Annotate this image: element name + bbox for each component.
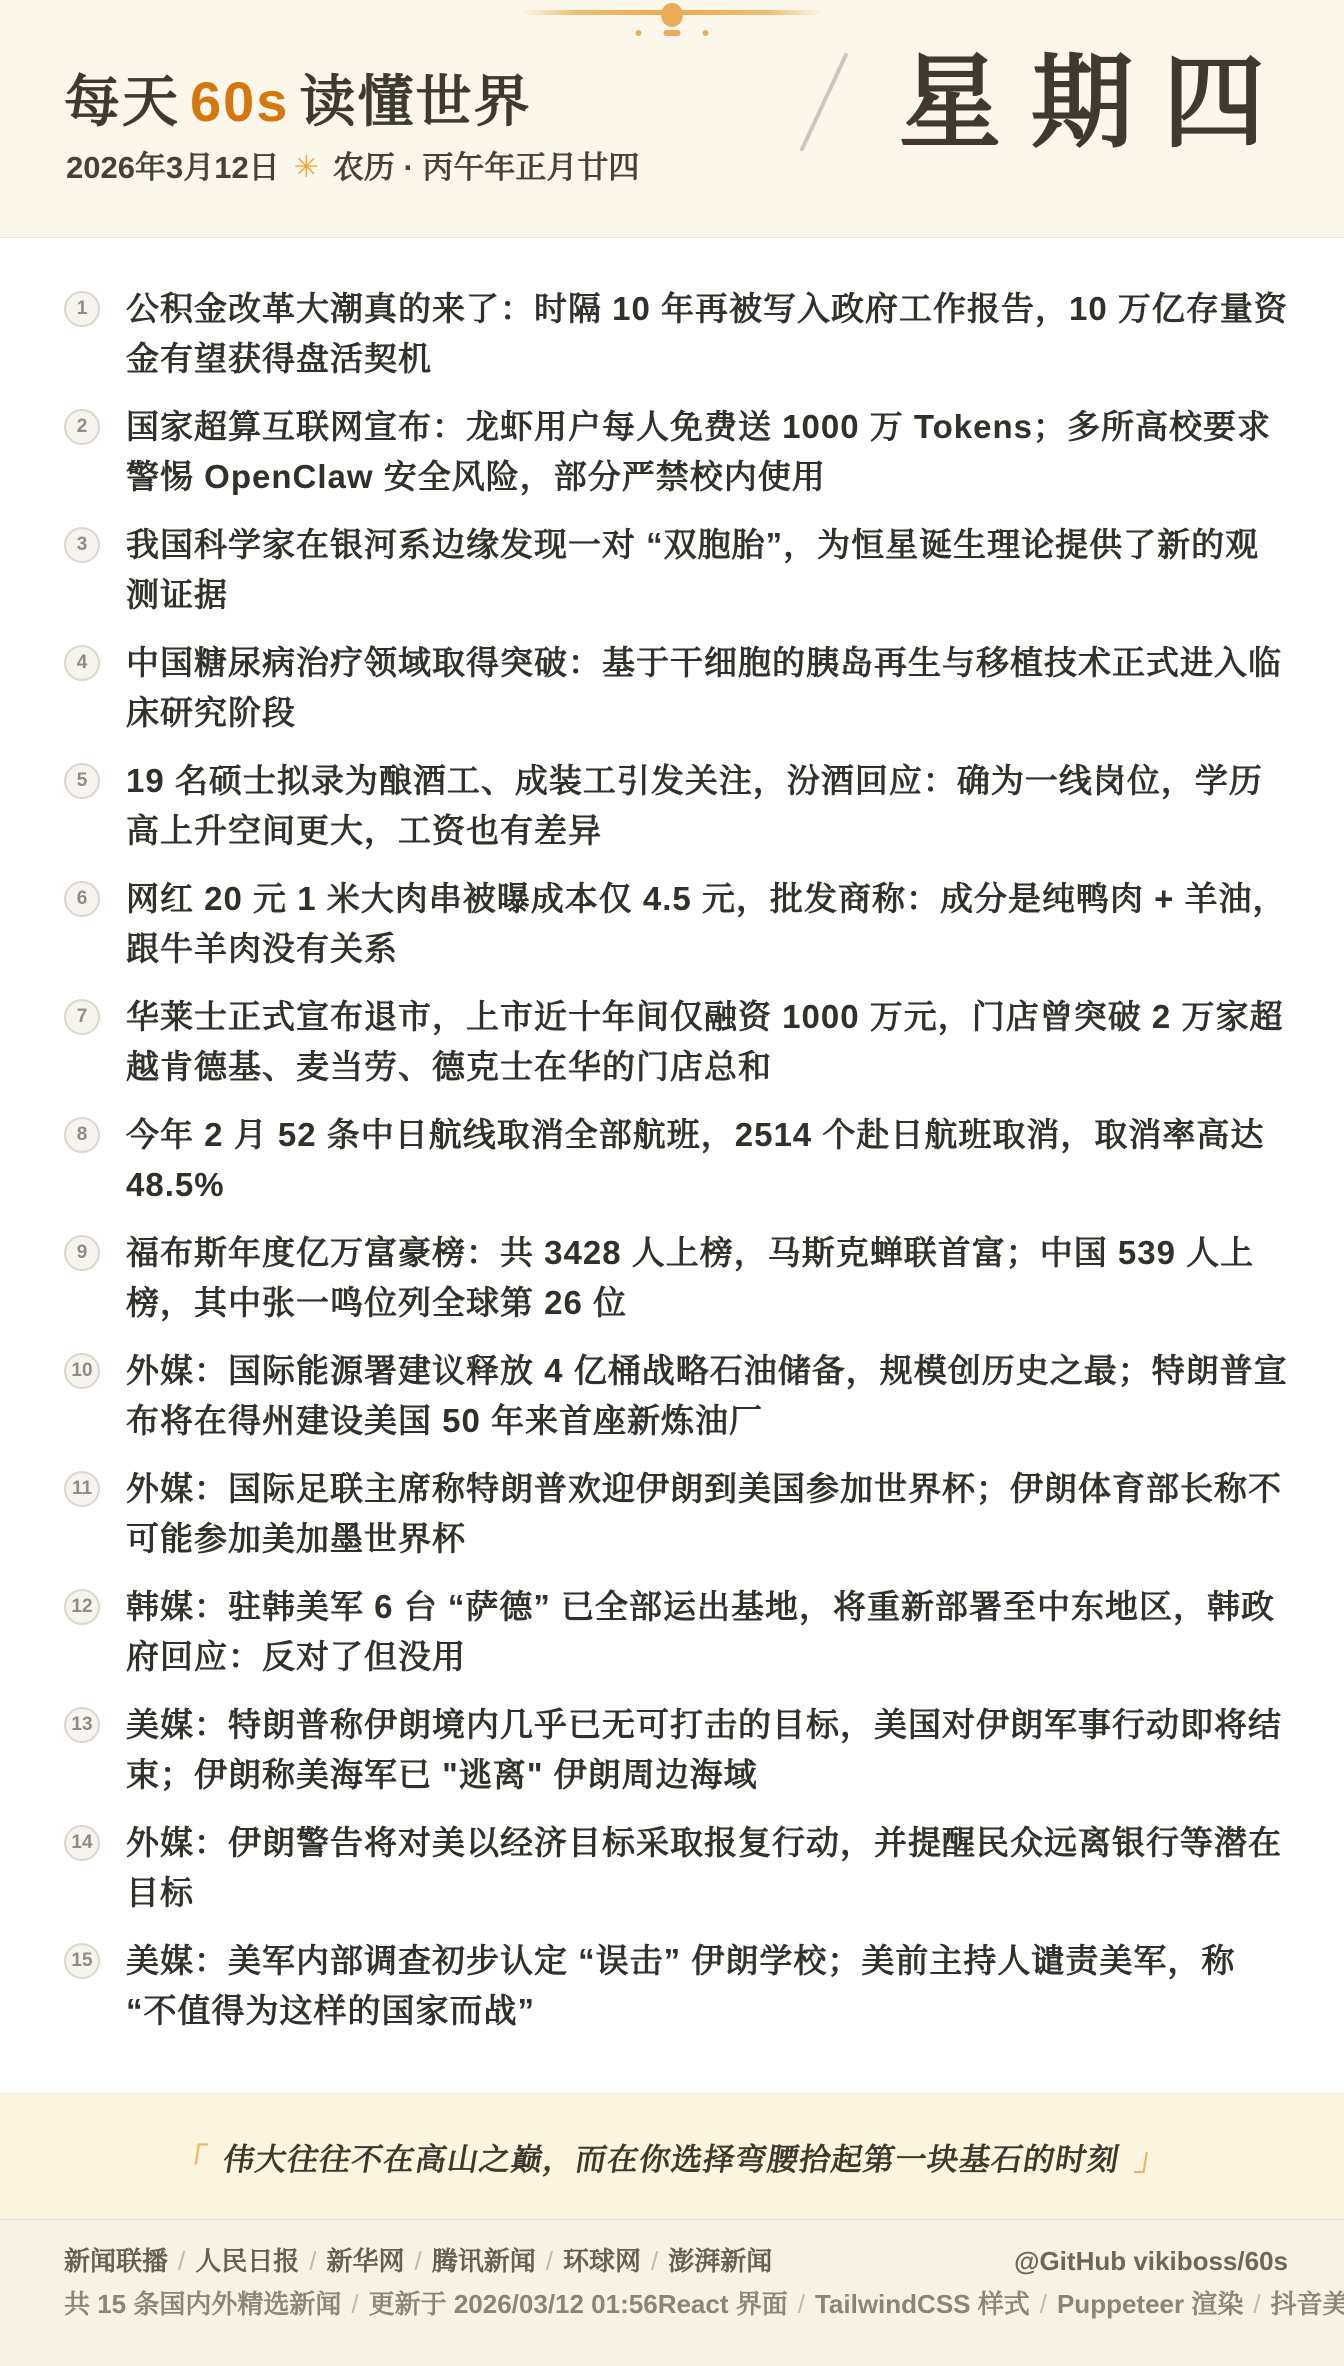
slash-divider — [799, 52, 848, 152]
news-item-text: 19 名硕士拟录为酿酒工、成装工引发关注，汾酒回应：确为一线岗位，学历高上升空间… — [126, 756, 1288, 856]
news-item-text: 公积金改革大潮真的来了：时隔 10 年再被写入政府工作报告，10 万亿存量资金有… — [126, 284, 1288, 384]
news-item: 9福布斯年度亿万富豪榜：共 3428 人上榜，马斯克蝉联首富；中国 539 人上… — [64, 1228, 1288, 1328]
news-item-number-badge: 9 — [64, 1235, 100, 1271]
title-accent: 60s — [190, 70, 289, 133]
lunar-date: 农历 · 丙午年正月廿四 — [333, 152, 640, 183]
tech-credits: React 界面/TailwindCSS 样式/Puppeteer 渲染/抖音美… — [658, 2291, 1344, 2317]
slash-separator: / — [178, 2246, 185, 2276]
news-item: 10外媒：国际能源署建议释放 4 亿桶战略石油储备，规模创历史之最；特朗普宣布将… — [64, 1346, 1288, 1446]
news-item: 7华莱士正式宣布退市，上市近十年间仅融资 1000 万元，门店曾突破 2 万家超… — [64, 992, 1288, 1092]
slash-separator: / — [651, 2246, 658, 2276]
news-card: 1公积金改革大潮真的来了：时隔 10 年再被写入政府工作报告，10 万亿存量资金… — [0, 237, 1344, 2093]
news-item-number-badge: 15 — [64, 1943, 100, 1979]
news-list: 1公积金改革大潮真的来了：时隔 10 年再被写入政府工作报告，10 万亿存量资金… — [64, 284, 1288, 2036]
news-item-number-badge: 12 — [64, 1589, 100, 1625]
list-item: 新闻联播 — [64, 2246, 168, 2276]
news-item: 15美媒：美军内部调查初步认定 “误击” 伊朗学校；美前主持人谴责美军，称 “不… — [64, 1936, 1288, 2036]
list-item: React 界面 — [658, 2289, 788, 2319]
weekday-label: 星期四 — [899, 52, 1295, 154]
news-item-number-badge: 4 — [64, 645, 100, 681]
list-item: 新华网 — [327, 2246, 405, 2276]
news-item-number-badge: 6 — [64, 881, 100, 917]
slash-separator: / — [351, 2289, 358, 2319]
list-item: Puppeteer 渲染 — [1057, 2289, 1243, 2319]
news-item-number-badge: 11 — [64, 1471, 100, 1507]
date-row: 2026年3月12日 ✳ 农历 · 丙午年正月廿四 — [66, 152, 639, 183]
news-item-number-badge: 14 — [64, 1825, 100, 1861]
quote-close-bracket: 」 — [1133, 2142, 1171, 2177]
ornament-dots-icon — [636, 30, 709, 36]
news-sources: 新闻联播/人民日报/新华网/腾讯新闻/环球网/澎湃新闻 — [64, 2248, 772, 2274]
news-item-text: 外媒：伊朗警告将对美以经济目标采取报复行动，并提醒民众远离银行等潜在目标 — [126, 1818, 1288, 1918]
news-item: 11外媒：国际足联主席称特朗普欢迎伊朗到美国参加世界杯；伊朗体育部长称不可能参加… — [64, 1464, 1288, 1564]
news-item-text: 网红 20 元 1 米大肉串被曝成本仅 4.5 元，批发商称：成分是纯鸭肉 + … — [126, 874, 1288, 974]
news-item-text: 韩媒：驻韩美军 6 台 “萨德” 已全部运出基地，将重新部署至中东地区，韩政府回… — [126, 1582, 1288, 1682]
gregorian-date: 2026年3月12日 — [66, 152, 280, 183]
slash-separator: / — [1253, 2289, 1260, 2319]
news-item: 14外媒：伊朗警告将对美以经济目标采取报复行动，并提醒民众远离银行等潜在目标 — [64, 1818, 1288, 1918]
list-item: 抖音美好体 — [1271, 2289, 1344, 2319]
news-item-text: 美媒：特朗普称伊朗境内几乎已无可打击的目标，美国对伊朗军事行动即将结束；伊朗称美… — [126, 1700, 1288, 1800]
ornament-dash-icon — [664, 30, 681, 36]
list-item: 腾讯新闻 — [432, 2246, 536, 2276]
news-item: 13美媒：特朗普称伊朗境内几乎已无可打击的目标，美国对伊朗军事行动即将结束；伊朗… — [64, 1700, 1288, 1800]
news-item-number-badge: 7 — [64, 999, 100, 1035]
ornament-dot-icon — [703, 30, 709, 36]
list-item: 澎湃新闻 — [668, 2246, 772, 2276]
slash-separator: / — [415, 2246, 422, 2276]
news-item-text: 今年 2 月 52 条中日航线取消全部航班，2514 个赴日航班取消，取消率高达… — [126, 1110, 1288, 1210]
news-item-number-badge: 8 — [64, 1117, 100, 1153]
ornament-circle-icon — [661, 3, 683, 27]
news-item-text: 美媒：美军内部调查初步认定 “误击” 伊朗学校；美前主持人谴责美军，称 “不值得… — [126, 1936, 1288, 2036]
ornament-dot-icon — [636, 30, 642, 36]
slash-separator: / — [546, 2246, 553, 2276]
daily-quote: 「伟大往往不在高山之巅，而在你选择弯腰拾起第一块基石的时刻」 — [156, 2134, 1187, 2179]
news-item: 8今年 2 月 52 条中日航线取消全部航班，2514 个赴日航班取消，取消率高… — [64, 1110, 1288, 1210]
news-item-text: 我国科学家在银河系边缘发现一对 “双胞胎”，为恒星诞生理论提供了新的观测证据 — [126, 520, 1288, 620]
footer-row-sources: 新闻联播/人民日报/新华网/腾讯新闻/环球网/澎湃新闻 @GitHub viki… — [64, 2248, 1288, 2274]
list-item: 环球网 — [563, 2246, 641, 2276]
news-item-text: 国家超算互联网宣布：龙虾用户每人免费送 1000 万 Tokens；多所高校要求… — [126, 402, 1288, 502]
list-item: 人民日报 — [195, 2246, 299, 2276]
news-item-text: 外媒：国际能源署建议释放 4 亿桶战略石油储备，规模创历史之最；特朗普宣布将在得… — [126, 1346, 1288, 1446]
quote-open-bracket: 「 — [173, 2142, 211, 2177]
quote-text: 伟大往往不在高山之巅，而在你选择弯腰拾起第一块基石的时刻 — [221, 2142, 1123, 2177]
news-item: 4中国糖尿病治疗领域取得突破：基于干细胞的胰岛再生与移植技术正式进入临床研究阶段 — [64, 638, 1288, 738]
header: 每天60s读懂世界 2026年3月12日 ✳ 农历 · 丙午年正月廿四 星期四 — [0, 0, 1344, 237]
news-item-text: 福布斯年度亿万富豪榜：共 3428 人上榜，马斯克蝉联首富；中国 539 人上榜… — [126, 1228, 1288, 1328]
slash-separator: / — [1040, 2289, 1047, 2319]
list-item: 更新于 2026/03/12 01:56 — [369, 2289, 658, 2319]
news-item: 1公积金改革大潮真的来了：时隔 10 年再被写入政府工作报告，10 万亿存量资金… — [64, 284, 1288, 384]
news-item-number-badge: 10 — [64, 1353, 100, 1389]
footer-row-meta: 共 15 条国内外精选新闻/更新于 2026/03/12 01:56 React… — [64, 2291, 1288, 2317]
asterisk-icon: ✳ — [294, 153, 319, 183]
github-credit: @GitHub vikiboss/60s — [1014, 2248, 1288, 2274]
news-item-number-badge: 3 — [64, 527, 100, 563]
list-item: 共 15 条国内外精选新闻 — [64, 2289, 341, 2319]
news-item: 3我国科学家在银河系边缘发现一对 “双胞胎”，为恒星诞生理论提供了新的观测证据 — [64, 520, 1288, 620]
news-item: 12韩媒：驻韩美军 6 台 “萨德” 已全部运出基地，将重新部署至中东地区，韩政… — [64, 1582, 1288, 1682]
footer: 新闻联播/人民日报/新华网/腾讯新闻/环球网/澎湃新闻 @GitHub viki… — [0, 2219, 1344, 2366]
news-item: 2国家超算互联网宣布：龙虾用户每人免费送 1000 万 Tokens；多所高校要… — [64, 402, 1288, 502]
title-suffix: 读懂世界 — [299, 70, 531, 133]
news-item: 6网红 20 元 1 米大肉串被曝成本仅 4.5 元，批发商称：成分是纯鸭肉 +… — [64, 874, 1288, 974]
news-item-text: 中国糖尿病治疗领域取得突破：基于干细胞的胰岛再生与移植技术正式进入临床研究阶段 — [126, 638, 1288, 738]
list-item: TailwindCSS 样式 — [815, 2289, 1030, 2319]
news-item-number-badge: 2 — [64, 409, 100, 445]
news-item-number-badge: 5 — [64, 763, 100, 799]
quote-band: 「伟大往往不在高山之巅，而在你选择弯腰拾起第一块基石的时刻」 — [0, 2093, 1344, 2219]
news-item: 519 名硕士拟录为酿酒工、成装工引发关注，汾酒回应：确为一线岗位，学历高上升空… — [64, 756, 1288, 856]
title-prefix: 每天 — [64, 70, 180, 133]
slash-separator: / — [798, 2289, 805, 2319]
news-item-number-badge: 13 — [64, 1707, 100, 1743]
slash-separator: / — [309, 2246, 316, 2276]
news-item-number-badge: 1 — [64, 291, 100, 327]
page-title: 每天60s读懂世界 — [64, 74, 531, 130]
news-item-text: 华莱士正式宣布退市，上市近十年间仅融资 1000 万元，门店曾突破 2 万家超越… — [126, 992, 1288, 1092]
news-item-text: 外媒：国际足联主席称特朗普欢迎伊朗到美国参加世界杯；伊朗体育部长称不可能参加美加… — [126, 1464, 1288, 1564]
update-meta: 共 15 条国内外精选新闻/更新于 2026/03/12 01:56 — [64, 2291, 658, 2317]
